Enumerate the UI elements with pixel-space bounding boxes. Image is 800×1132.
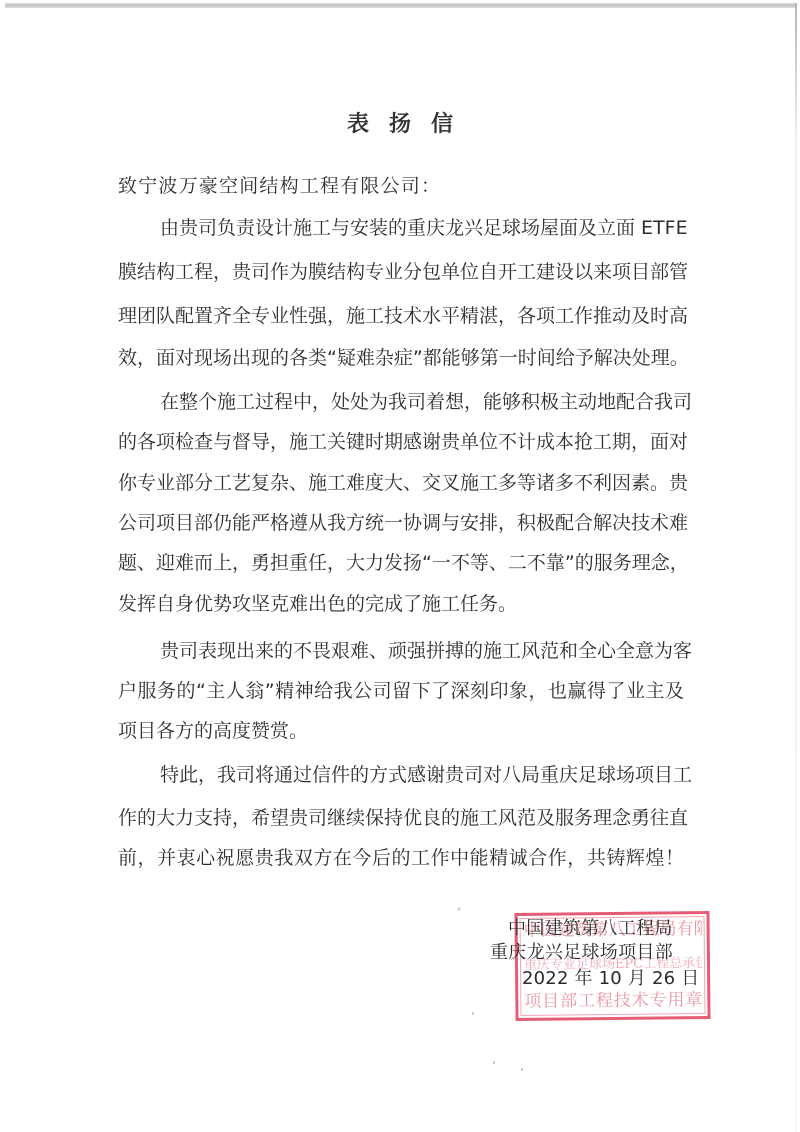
- signature-date: 2022 年 10 月 26 日: [522, 968, 699, 990]
- paragraph-4-line-2: 作的大力支持，希望贵司继续保持优良的施工风范及服务理念勇往直: [118, 805, 684, 831]
- signature-organization: 中国建筑第八工程局: [508, 918, 673, 940]
- paragraph-3-line-2: 户服务的“主人翁”精神给我公司留下了深刻印象，也赢得了业主及: [118, 678, 684, 704]
- paragraph-2-line-2: 的各项检查与督导，施工关键时期感谢贵单位不计成本抢工期，面对: [118, 429, 684, 455]
- scan-speck: [472, 1012, 474, 1015]
- paragraph-2-line-5: 题、迎难而上，勇担重任，大力发扬“一不等、二不靠”的服务理念，: [118, 550, 684, 576]
- scan-speck: [521, 1068, 523, 1071]
- paragraph-4-line-3: 前，并衷心祝愿贵我双方在今后的工作中能精诚合作，共铸辉煌！: [118, 845, 684, 871]
- stamp-text-line-3: 项目部工程技术专用章: [524, 988, 702, 1014]
- paragraph-2-line-1: 在整个施工过程中，处处为我司着想，能够积极主动地配合我司: [160, 389, 684, 415]
- paragraph-1-line-4: 效，面对现场出现的各类“疑难杂症”都能够第一时间给予解决处理。: [118, 345, 684, 371]
- paragraph-1-line-1: 由贵司负责设计施工与安装的重庆龙兴足球场屋面及立面 ETFE: [160, 215, 684, 241]
- letter-title: 表扬信: [0, 110, 800, 140]
- scan-speck: [457, 907, 461, 911]
- scan-edge-right: [795, 3, 797, 1132]
- paragraph-2-line-6: 发挥自身优势攻坚克难出色的完成了施工任务。: [118, 591, 684, 617]
- salutation: 致宁波万豪空间结构工程有限公司：: [118, 173, 684, 199]
- scan-edge-top: [5, 3, 797, 8]
- paragraph-3-line-3: 项目各方的高度赞赏。: [118, 718, 684, 744]
- paragraph-1-line-3: 理团队配置齐全专业性强，施工技术水平精湛，各项工作推动及时高: [118, 303, 684, 329]
- paragraph-2-line-4: 公司项目部仍能严格遵从我方统一协调与安排，积极配合解决技术难: [118, 510, 684, 536]
- scan-speck: [493, 1061, 495, 1064]
- paragraph-1-line-2: 膜结构工程，贵司作为膜结构专业分包单位自开工建设以来项目部管: [118, 259, 684, 285]
- paragraph-2-line-3: 你专业部分工艺复杂、施工难度大、交叉施工多等诸多不利因素。贵: [118, 470, 684, 496]
- signature-department: 重庆龙兴足球场项目部: [490, 942, 673, 964]
- paragraph-4-line-1: 特此，我司将通过信件的方式感谢贵司对八局重庆足球场项目工: [160, 762, 684, 788]
- paragraph-3-line-1: 贵司表现出来的不畏艰难、顽强拼搏的施工风范和全心全意为客: [160, 638, 684, 664]
